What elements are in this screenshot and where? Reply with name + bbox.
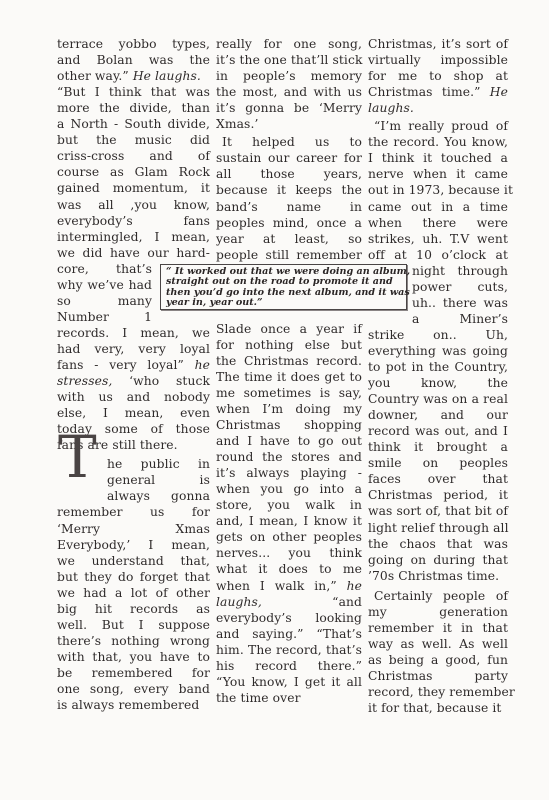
article-line: core, that’s [57, 261, 152, 277]
article-line: “You know, I get it all [216, 674, 362, 690]
stage-direction: he [195, 358, 210, 372]
article-line: criss-cross and of [57, 148, 210, 164]
article-line: his record there.” [216, 658, 362, 674]
article-line: The time it does get to [216, 369, 362, 385]
stage-direction: stresses, [57, 374, 112, 388]
article-line: Christmas time.” He [368, 84, 508, 100]
article-line: so many [57, 293, 152, 309]
drop-cap: T [58, 432, 97, 482]
article-line: nerves... you think [216, 545, 362, 561]
article-line: for nothing else but [216, 337, 362, 353]
article-line: when I’m doing my [216, 401, 362, 417]
article-line: we understand that, [57, 553, 210, 569]
article-line: but they do forget that [57, 569, 210, 585]
article-line: really for one song, [216, 36, 362, 52]
article-line: Certainly people of [368, 588, 508, 604]
article-line: course as Glam Rock [57, 164, 210, 180]
article-line: strike on.. Uh, [368, 327, 508, 343]
article-line: as being a good, fun [368, 652, 508, 668]
article-line: power cuts, [412, 279, 508, 295]
article-line: band’s name in [216, 199, 362, 215]
article-line: we had a lot of other [57, 585, 210, 601]
article-line: terrace yobbo types, [57, 36, 210, 52]
article-line: Christmas shopping [216, 417, 362, 433]
article-line: the Christmas record. [216, 353, 362, 369]
article-line: laughs. [368, 100, 508, 116]
article-line: when you go into a [216, 481, 362, 497]
article-line: the chaos that was [368, 536, 508, 552]
article-line: but the music did [57, 132, 210, 148]
article-line: it’s the one that’ll stick [216, 52, 362, 68]
article-line: with that, you have to [57, 649, 210, 665]
article-line: people still remember [216, 247, 362, 263]
article-line: there’s nothing wrong [57, 633, 210, 649]
article-line: be remembered for [57, 665, 210, 681]
article-line: records. I mean, we [57, 325, 210, 341]
article-line: a North - South divide, [57, 116, 210, 132]
magazine-page: terrace yobbo types,and Bolan was theoth… [0, 0, 549, 800]
article-line: record, they remember [368, 684, 508, 700]
article-line: It helped us to [216, 134, 362, 150]
article-line: ’70s Christmas time. [368, 568, 508, 584]
pull-quote: “ It worked out that we were doing an al… [160, 264, 407, 310]
article-line: one song, every band [57, 681, 210, 697]
article-line: remember us for [57, 504, 210, 520]
article-line: way as well. As well [368, 636, 508, 652]
article-line: smile on peoples [368, 455, 508, 471]
article-line: think it brought a [368, 439, 508, 455]
article-line: downer, and our [368, 407, 508, 423]
article-line: other way.” He laughs. [57, 68, 210, 84]
article-line: when I walk in,” he [216, 578, 362, 594]
article-line: Christmas, it’s sort of [368, 36, 508, 52]
article-line: when there were [368, 215, 508, 231]
article-line: had very, very loyal [57, 341, 210, 357]
article-line: is always remembered [57, 697, 210, 713]
article-line: else, I mean, even [57, 405, 210, 421]
article-line: always gonna [107, 488, 210, 504]
article-line: off at 10 o’clock at [368, 247, 508, 263]
article-line: everything was going [368, 343, 508, 359]
article-line: faces over that [368, 471, 508, 487]
article-line: him. The record, that’s [216, 642, 362, 658]
article-line: Christmas period, it [368, 487, 508, 503]
article-line: well. But I suppose [57, 617, 210, 633]
stage-direction: laughs, [216, 595, 262, 609]
article-line: he public in [107, 456, 210, 472]
article-line: and, I mean, I know it [216, 513, 362, 529]
article-line: virtually impossible [368, 52, 508, 68]
article-line: in people’s memory [216, 68, 362, 84]
article-line: to pot in the Country, [368, 359, 508, 375]
article-line: nerve when it came [368, 166, 508, 182]
stage-direction: he [347, 579, 362, 593]
article-line: with us and nobody [57, 389, 210, 405]
article-line: my generation [368, 604, 508, 620]
article-line: Everybody,’ I mean, [57, 537, 210, 553]
article-line: all those years, [216, 166, 362, 182]
article-line: gets on other peoples [216, 529, 362, 545]
article-line: strikes, uh. T.V went [368, 231, 508, 247]
article-line: Slade once a year if [216, 321, 362, 337]
article-line: remember it in that [368, 620, 508, 636]
article-line: me sometimes is say, [216, 385, 362, 401]
article-line: you know, the [368, 375, 508, 391]
article-line: ‘Merry Xmas [57, 521, 210, 537]
article-line: everybody’s fans [57, 213, 210, 229]
stage-direction: He [490, 85, 508, 99]
stage-direction: He laughs. [133, 69, 201, 83]
article-line: Xmas.’ [216, 116, 362, 132]
article-line: gained momentum, it [57, 180, 210, 196]
article-line: fans - very loyal” he [57, 357, 210, 373]
article-line: because it keeps the [216, 182, 362, 198]
article-line: round the stores and [216, 449, 362, 465]
article-line: more the divide, than [57, 100, 210, 116]
article-line: general is [107, 472, 210, 488]
article-line: record was out, and I [368, 423, 508, 439]
article-line: the most, and with us [216, 84, 362, 100]
article-line: year at least, so [216, 231, 362, 247]
article-line: it for that, because it [368, 700, 508, 716]
article-line: intermingled, I mean, [57, 229, 210, 245]
article-line: was sort of, that bit of [368, 503, 508, 519]
article-line: and saying.” “That’s [216, 626, 362, 642]
article-line: we did have our hard- [57, 245, 210, 261]
article-line: Number 1 [57, 309, 152, 325]
stage-direction: laughs. [368, 101, 414, 115]
article-line: night through [412, 263, 508, 279]
article-line: for me to shop at [368, 68, 508, 84]
article-line: the time over [216, 690, 362, 706]
article-line: everybody’s looking [216, 610, 362, 626]
article-line: Country was on a real [368, 391, 508, 407]
article-line: store, you walk in [216, 497, 362, 513]
article-line: what it does to me [216, 561, 362, 577]
article-line: it’s always playing - [216, 465, 362, 481]
article-line: laughs, “and [216, 594, 362, 610]
article-line: why we’ve had [57, 277, 152, 293]
article-line: stresses, ‘who stuck [57, 373, 210, 389]
article-line: a Miner’s [412, 311, 508, 327]
article-line: and Bolan was the [57, 52, 210, 68]
article-line: “But I think that was [57, 84, 210, 100]
article-line: the record. You know, [368, 134, 508, 150]
article-line: going on during that [368, 552, 508, 568]
article-line: “I’m really proud of [368, 118, 508, 134]
article-line: light relief through all [368, 520, 508, 536]
article-line: Christmas party [368, 668, 508, 684]
article-line: peoples mind, once a [216, 215, 362, 231]
article-line: and I have to go out [216, 433, 362, 449]
article-line: out in 1973, because it [368, 182, 508, 198]
article-line: sustain our career for [216, 150, 362, 166]
article-line: was all ,you know, [57, 197, 210, 213]
pull-quote-line: year in, year out.” [166, 298, 401, 308]
article-line: came out in a time [368, 199, 508, 215]
article-line: big hit records as [57, 601, 210, 617]
article-line: I think it touched a [368, 150, 508, 166]
article-line: uh.. there was [412, 295, 508, 311]
article-line: it’s gonna be ‘Merry [216, 100, 362, 116]
